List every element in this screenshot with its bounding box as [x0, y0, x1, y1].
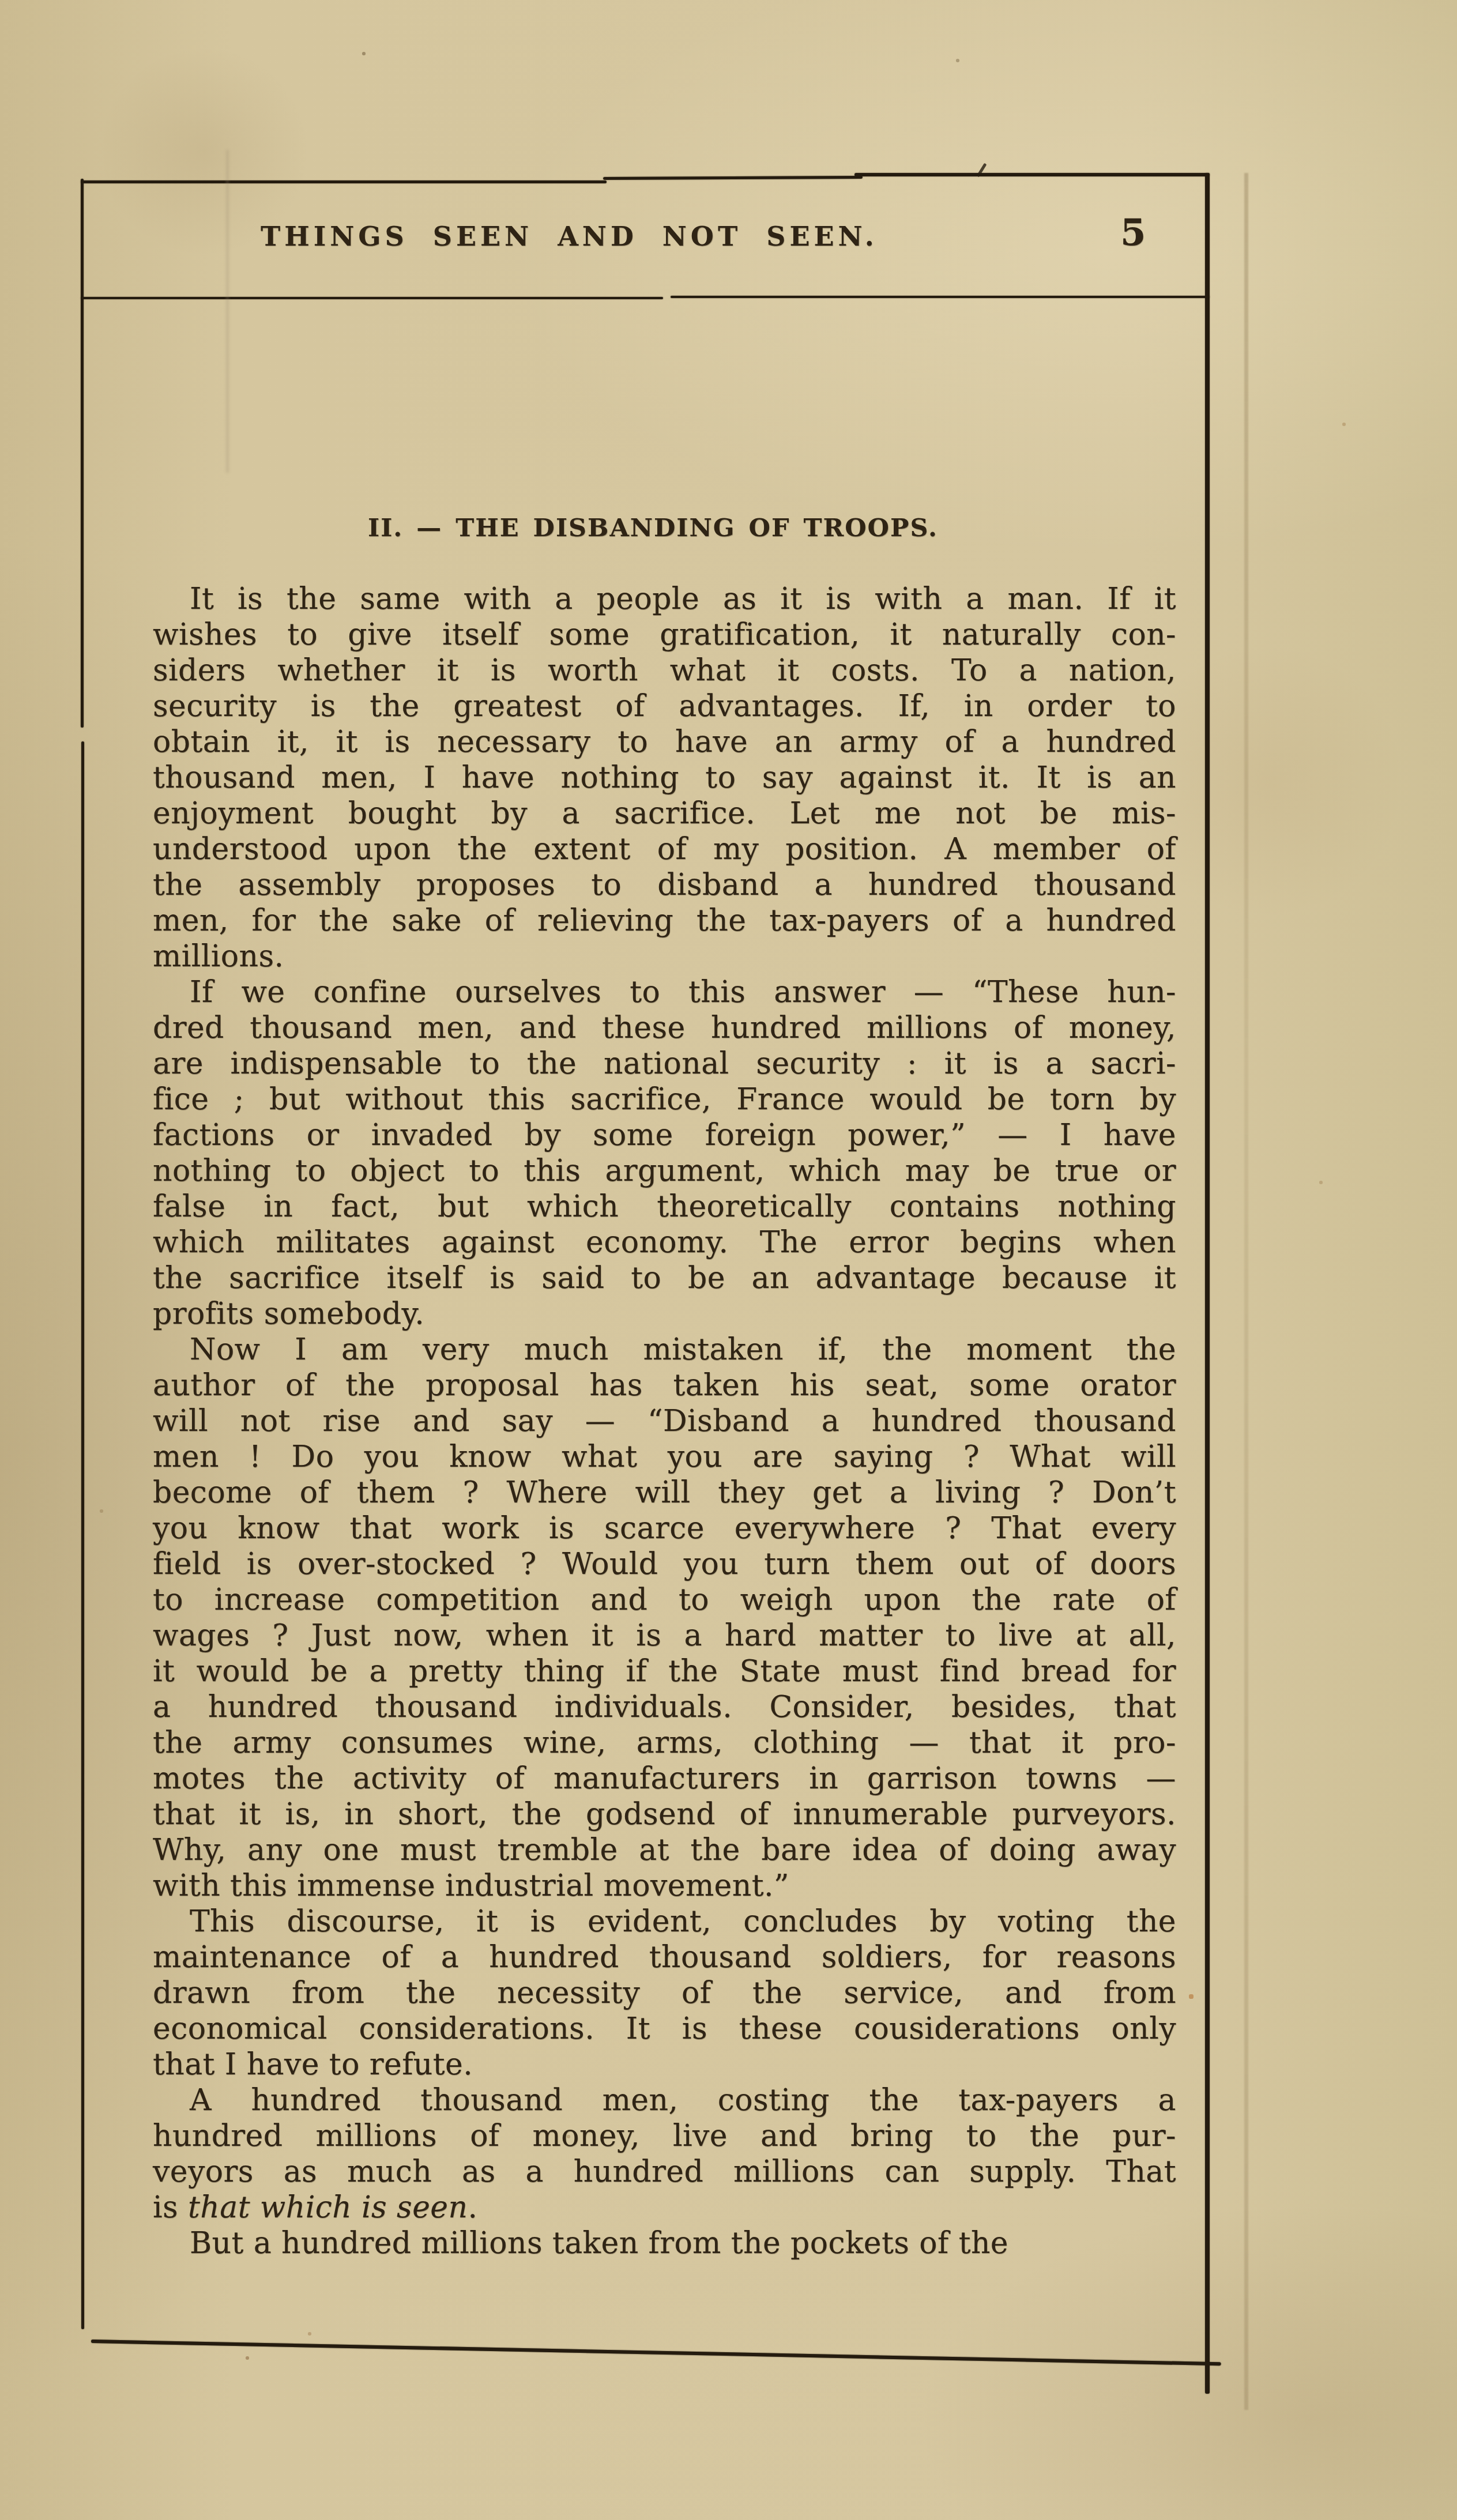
right-border [1205, 173, 1210, 2394]
text-line-p1-l11: millions. [153, 939, 1176, 974]
text-line-p4-l4: economical considerations. It is these c… [153, 2011, 1176, 2047]
text-line-p1-l8: understood upon the extent of my positio… [153, 831, 1176, 867]
italic-phrase: that which is seen [188, 2190, 468, 2225]
text-line-p4-l5: that I have to refute. [153, 2047, 1176, 2082]
page-edge-crease [1244, 173, 1248, 2410]
text-line-p2-l5: factions or invaded by some foreign powe… [153, 1117, 1176, 1153]
text-line-p1-l9: the assembly proposes to disband a hundr… [153, 867, 1176, 903]
text-segment: is [153, 2190, 188, 2225]
text-line-p2-l7: false in fact, but which theoretically c… [153, 1189, 1176, 1225]
header-rule-right-segment [671, 296, 1210, 298]
text-line-p4-l1: This discourse, it is evident, concludes… [153, 1904, 1176, 1939]
text-line-p3-l8: to increase competition and to weigh upo… [153, 1582, 1176, 1618]
text-block: It is the same with a people as it is wi… [153, 581, 1176, 2261]
text-line-p3-l5: become of them ? Where will they get a l… [153, 1475, 1176, 1511]
text-line-p3-l1: Now I am very much mistaken if, the mome… [153, 1332, 1176, 1368]
text-line-p3-l11: a hundred thousand individuals. Consider… [153, 1689, 1176, 1725]
text-line-p1-l4: security is the greatest of advantages. … [153, 688, 1176, 724]
text-line-p5-l2: hundred millions of money, live and brin… [153, 2118, 1176, 2154]
text-line-p5-l3: veyors as much as a hundred millions can… [153, 2154, 1176, 2190]
left-border-lower [81, 741, 84, 2329]
text-line-p4-l3: drawn from the necessity of the service,… [153, 1975, 1176, 2011]
text-line-p3-l6: you know that work is scarce everywhere … [153, 1511, 1176, 1546]
text-line-p3-l7: field is over-stocked ? Would you turn t… [153, 1546, 1176, 1582]
text-line-p2-l4: fice ; but without this sacrifice, Franc… [153, 1082, 1176, 1117]
text-line-p2-l10: profits somebody. [153, 1296, 1176, 1332]
bleedthrough-strip [226, 150, 229, 473]
paper-specks [0, 0, 1, 1]
text-line-p3-l4: men ! Do you know what you are saying ? … [153, 1439, 1176, 1475]
text-line-p5-l4: is that which is seen. [153, 2190, 1176, 2225]
text-line-p3-l12: the army consumes wine, arms, clothing —… [153, 1725, 1176, 1761]
text-line-p1-l7: enjoyment bought by a sacrifice. Let me … [153, 796, 1176, 831]
text-line-p3-l3: will not rise and say — “Disband a hundr… [153, 1403, 1176, 1439]
text-line-p2-l8: which militates against economy. The err… [153, 1225, 1176, 1260]
section-heading: II. — THE DISBANDING OF TROOPS. [153, 514, 1176, 543]
text-line-p3-l14: that it is, in short, the godsend of inn… [153, 1796, 1176, 1832]
text-line-p1-l3: siders whether it is worth what it costs… [153, 653, 1176, 688]
book-page: THINGS SEEN AND NOT SEEN. 5 II. — THE DI… [0, 0, 1457, 2520]
text-line-p3-l10: it would be a pretty thing if the State … [153, 1653, 1176, 1689]
text-line-p2-l3: are indispensable to the national securi… [153, 1046, 1176, 1082]
text-line-p1-l6: thousand men, I have nothing to say agai… [153, 760, 1176, 796]
text-line-p2-l6: nothing to object to this argument, whic… [153, 1153, 1176, 1189]
running-head: THINGS SEEN AND NOT SEEN. [261, 221, 878, 252]
text-line-p3-l9: wages ? Just now, when it is a hard matt… [153, 1618, 1176, 1653]
text-line-p2-l2: dred thousand men, and these hundred mil… [153, 1010, 1176, 1046]
text-line-p6-l1: But a hundred millions taken from the po… [153, 2225, 1176, 2261]
top-rule-mid-segment [603, 176, 863, 180]
text-line-p1-l10: men, for the sake of relieving the tax-p… [153, 903, 1176, 939]
text-line-p3-l2: author of the proposal has taken his sea… [153, 1368, 1176, 1403]
text-line-p2-l9: the sacrifice itself is said to be an ad… [153, 1260, 1176, 1296]
top-rule-left-segment [81, 180, 607, 183]
top-rule-right-segment [854, 173, 1210, 176]
text-line-p2-l1: If we confine ourselves to this answer —… [153, 974, 1176, 1010]
bottom-rule [91, 2340, 1221, 2365]
left-border-upper [81, 179, 84, 728]
text-line-p1-l2: wishes to give itself some gratification… [153, 617, 1176, 653]
text-line-p1-l5: obtain it, it is necessary to have an ar… [153, 724, 1176, 760]
text-line-p5-l1: A hundred thousand men, costing the tax-… [153, 2082, 1176, 2118]
text-line-p4-l2: maintenance of a hundred thousand soldie… [153, 1939, 1176, 1975]
page-number: 5 [1120, 211, 1146, 254]
text-line-p1-l1: It is the same with a people as it is wi… [153, 581, 1176, 617]
text-segment: . [468, 2190, 477, 2225]
text-line-p3-l13: motes the activity of manufacturers in g… [153, 1761, 1176, 1796]
text-line-p3-l15: Why, any one must tremble at the bare id… [153, 1832, 1176, 1868]
text-line-p3-l16: with this immense industrial movement.” [153, 1868, 1176, 1904]
header-rule-left-segment [81, 297, 663, 299]
